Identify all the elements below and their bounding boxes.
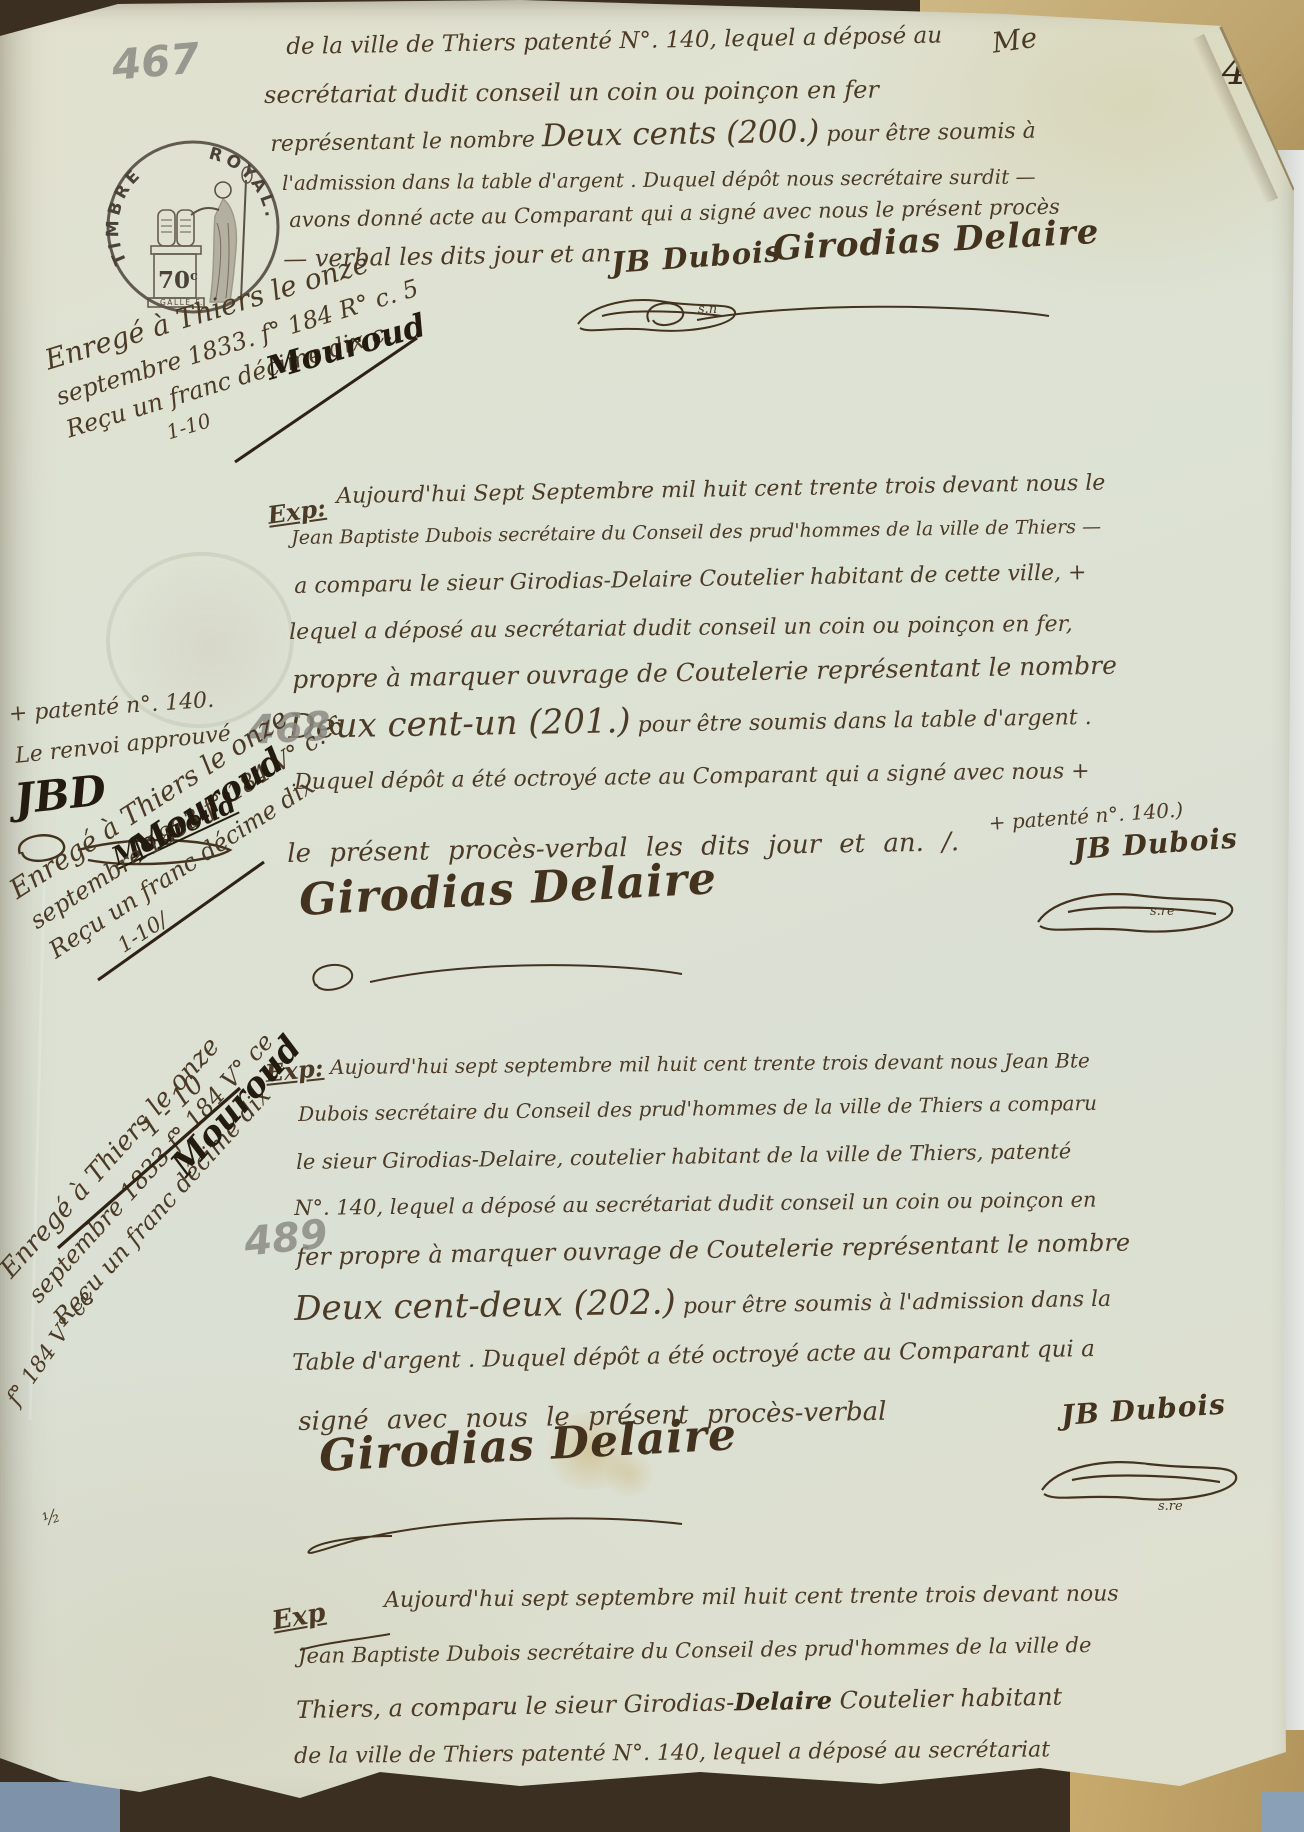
signature-dubois: JB Dubois — [1072, 822, 1239, 866]
manuscript-line: Deux cent-un (201.) pour être soumis dan… — [288, 694, 1092, 747]
signature-annotation: s.re — [1150, 905, 1175, 920]
line-fragment-large: Deux cents (200.) — [541, 113, 819, 154]
registrar-flourish-stroke — [225, 330, 425, 470]
ink-flourish-me: Me — [990, 22, 1039, 60]
line-fragment: pour être soumis à — [819, 119, 1036, 148]
girodias-paraph-flourish — [635, 292, 1065, 336]
line-fragment: pour être soumis dans la table d'argent … — [630, 705, 1091, 738]
manuscript-line: Aujourd'hui sept septembre mil huit cent… — [384, 1582, 1119, 1614]
stamp-denomination: 70c — [158, 267, 198, 294]
pencil-folio-bottom: 489 — [242, 1211, 330, 1265]
manuscript-line: représentant le nombre Deux cents (200.)… — [270, 111, 1036, 160]
line-fragment: représentant le nombre — [270, 127, 542, 157]
manuscript-line: Deux cent-deux (202.) pour être soumis à… — [294, 1276, 1111, 1329]
girodias-paraph-flourish — [296, 1506, 696, 1564]
signature-annotation: s.re — [1158, 1500, 1183, 1515]
registration-half-mark: ½ — [40, 1506, 63, 1531]
registrar-flourish-stroke — [48, 1080, 248, 1255]
manuscript-line: Aujourd'hui Sept Septembre mil huit cent… — [336, 471, 1106, 510]
signature-dubois: JB Dubois — [610, 235, 782, 280]
registrar-flourish-stroke — [90, 856, 270, 986]
line-fragment: Coutelier habitant — [832, 1683, 1063, 1715]
manuscript-line: a comparu le sieur Girodias-Delaire Cout… — [294, 560, 1087, 599]
manuscript-line: le sieur Girodias-Delaire, coutelier hab… — [296, 1139, 1071, 1174]
manuscript-line: Duquel dépôt a été octroyé acte au Compa… — [294, 759, 1090, 795]
manuscript-line: de la ville de Thiers patenté N°. 140, l… — [294, 1737, 1050, 1769]
manuscript-line: Thiers, a comparu le sieur Girodias-Dela… — [296, 1683, 1062, 1725]
girodias-paraph-flourish — [300, 952, 695, 1004]
pencil-folio-top: 467 — [110, 34, 202, 90]
manuscript-line: propre à marquer ouvrage de Coutelerie r… — [292, 652, 1117, 695]
manuscript-line: lequel a déposé au secrétariat dudit con… — [289, 612, 1073, 646]
desk-surface-bottom-right — [1262, 1792, 1304, 1832]
name-delaire-bold: Delaire — [734, 1686, 832, 1717]
manuscript-line: Table d'argent . Duquel dépôt a été octr… — [292, 1336, 1095, 1376]
dubois-paraph-flourish — [1032, 1448, 1247, 1510]
manuscript-line: N°. 140, lequel a déposé au secrétariat … — [294, 1188, 1097, 1221]
desk-surface-bottom-left — [0, 1782, 120, 1832]
manuscript-line: secrétariat dudit conseil un coin ou poi… — [264, 77, 879, 110]
manuscript-line: Dubois secrétaire du Conseil des prud'ho… — [298, 1092, 1097, 1126]
manuscript-line: Jean Baptiste Dubois secrétaire du Conse… — [298, 1633, 1092, 1668]
manuscript-line: Jean Baptiste Dubois secrétaire du Conse… — [291, 517, 1101, 550]
line-fragment: pour être soumis à l'admission dans la — [676, 1287, 1112, 1320]
deposit-number-202: Deux cent-deux (202.) — [294, 1282, 676, 1329]
dubois-paraph-flourish — [1028, 882, 1243, 942]
manuscript-line: de la ville de Thiers patenté N°. 140, l… — [286, 23, 942, 61]
manuscript-paper: 467 4. Me TIMBRE ROYAL. 70c G — [0, 0, 1304, 1832]
signature-dubois: JB Dubois — [1060, 1388, 1227, 1432]
manuscript-line: l'admission dans la table d'argent . Duq… — [282, 165, 1036, 195]
scanned-manuscript-page: 467 4. Me TIMBRE ROYAL. 70c G — [0, 0, 1304, 1832]
manuscript-line: fer propre à marquer ouvrage de Couteler… — [296, 1229, 1130, 1271]
manuscript-line: Aujourd'hui sept septembre mil huit cent… — [330, 1049, 1090, 1079]
line-fragment: Thiers, a comparu le sieur Girodias- — [296, 1688, 734, 1724]
expedited-marker: Exp: — [266, 494, 328, 529]
